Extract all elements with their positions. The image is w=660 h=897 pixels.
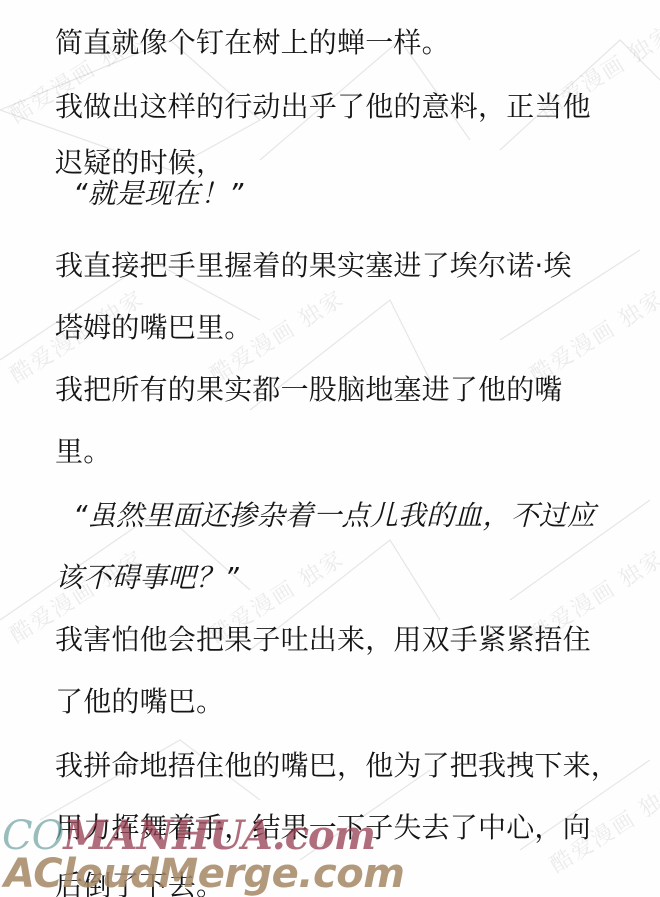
paragraph-line: 我把所有的果实都一股脑地塞进了他的嘴 (55, 373, 563, 407)
paragraph-line: 我拼命地捂住他的嘴巴，他为了把我拽下来， (55, 749, 619, 783)
dialogue-line: “虽然里面还掺杂着一点儿我的血，不过应 (73, 499, 595, 533)
paragraph-line: 简直就像个钉在树上的蝉一样。 (55, 26, 450, 60)
paragraph-line: 我直接把手里握着的果实塞进了埃尔诺·埃 (55, 249, 572, 283)
dialogue-line: 该不碍事吧？” (55, 561, 239, 595)
paragraph-line: 塔姆的嘴巴里。 (55, 311, 252, 345)
paragraph-line: 了他的嘴巴。 (55, 685, 224, 719)
site-watermark-acloudmerge: ACloudMerge.com (4, 851, 404, 897)
dialogue-line: “就是现在！” (73, 177, 243, 211)
paragraph-line: 迟疑的时候， (55, 146, 224, 180)
paragraph-line: 里。 (55, 435, 111, 469)
paragraph-line: 我害怕他会把果子吐出来，用双手紧紧捂住 (55, 623, 591, 657)
paragraph-line: 我做出这样的行动出乎了他的意料，正当他 (55, 90, 591, 124)
novel-page: 酷爱漫画 独家 酷爱漫画 独家 酷爱漫画 独家 酷爱漫画 独家 酷爱漫画 独家 … (0, 0, 660, 897)
